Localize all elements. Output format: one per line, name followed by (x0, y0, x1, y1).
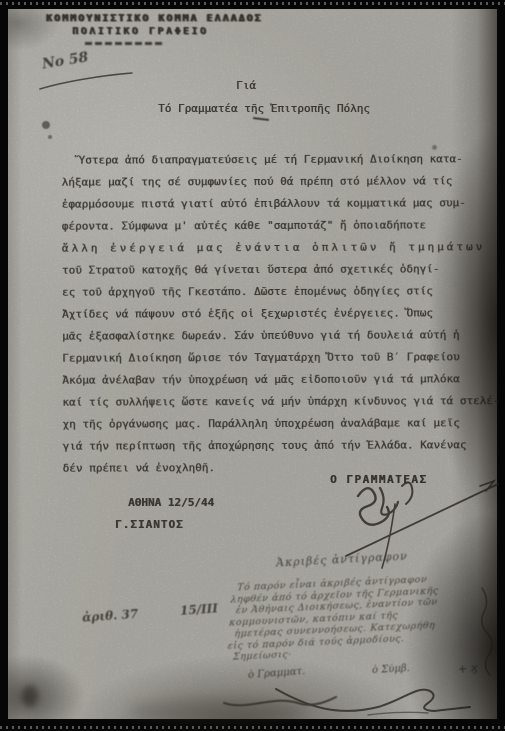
typed-line: Ἀχτίδες νά πάψουν στό ἑξῆς οἱ ξεχωριστές… (62, 302, 490, 325)
filing-number: ἀριθ. 37 (82, 607, 139, 625)
letterhead-org: ΚΟΜΜΟΥΝΙΣΤΙΚΟ ΚΟΜΜΑ ΕΛΛΑΔΟΣ (46, 13, 263, 24)
typed-line: φέροντα. Σύμφωνα μ' αὐτές κάθε "σαμποτάζ… (62, 214, 490, 237)
document-page: ΚΟΜΜΟΥΝΙΣΤΙΚΟ ΚΟΜΜΑ ΕΛΛΑΔΟΣ ΠΟΛΙΤΙΚΟ ΓΡΑ… (8, 9, 497, 719)
filing-date: 15/ΙΙΙ (180, 601, 219, 618)
typed-line: καί τίς συλλήψεις ὥστε κανείς νά μήν ὑπά… (62, 390, 490, 413)
addressee-line2: Τό Γραμματέα τῆς Ἐπιτροπῆς Πόλης (158, 102, 370, 115)
bottom-signature-mark: + ϗ (457, 661, 478, 676)
stain-blob (128, 699, 308, 725)
typed-line: ἐφαρμόσουμε πιστά γιατί αὐτό ἐπιβάλλουν … (62, 192, 490, 215)
typed-line: λήξαμε μαζί της σέ συμφωνίες πού θά πρέπ… (62, 170, 490, 193)
bottom-signature-left-label: ὁ Γραμματ. (248, 666, 306, 681)
typed-line: Γερμανική Διοίκηση ὥρισε τόν Ταγματάρχη … (62, 346, 490, 369)
typed-line: μᾶς ἐξασφαλίστηκε δωρεάν. Σάν ὑπεύθυνο γ… (62, 324, 490, 347)
stain-blob (22, 685, 38, 707)
typed-line: ἄλλη ἐνέργειά μας ἐνάντια ὁπλιτῶν ἤ τμημ… (62, 236, 490, 259)
typed-line: ες τοῦ ἀρχηγοῦ τῆς Γκεστάπο. Δῶστε ἑπομέ… (62, 280, 490, 303)
closing-title: Ο ΓΡΑΜΜΑΤΕΑΣ (330, 473, 427, 486)
bottom-signature-right-label: ὁ Σύμβ. (372, 663, 410, 676)
signatory-name: Γ.ΣΙΑΝΤΟΣ (115, 518, 184, 531)
handwritten-ref-number: Νο 58 (41, 49, 89, 72)
typed-line: τοῦ Στρατοῦ κατοχῆς θά γίνεται ὕστερα ἀπ… (62, 258, 490, 281)
certification-note: Ἀκριβές ἀντίγραφον (276, 550, 408, 570)
scan-edge-artifact-top (0, 2, 505, 5)
letterhead-office: ΠΟΛΙΤΙΚΟ ΓΡΑΦΕΙΟ (72, 26, 208, 37)
scan-canvas: { "scan": { "header": { "org": "ΚΟΜΜΟΥΝΙ… (0, 0, 505, 731)
filing-reference: ἀριθ. 3715/ΙΙΙ (82, 601, 219, 624)
ink-speck (48, 135, 52, 139)
ink-speck (432, 145, 437, 150)
addressee-line1: Γιά (236, 79, 256, 92)
handwritten-note: Τό παρόν εἶναι ἀκριβές ἀντίγραφονληφθέν … (233, 571, 488, 663)
typed-line: γιά τήν περίπτωση τῆς ἀποχώρησης τους ἀπ… (62, 434, 490, 457)
typed-line: Ἀκόμα ἀνέλαβαν τήν ὑποχρέωση νά μᾶς εἰδο… (62, 368, 490, 391)
letter-body: Ὕστερα ἀπό διαπραγματεύσεις μέ τή Γερμαν… (61, 148, 490, 479)
addressee-underline-mark (253, 117, 269, 121)
scan-edge-artifact-bottom (0, 726, 505, 729)
typed-line: Ὕστερα ἀπό διαπραγματεύσεις μέ τή Γερμαν… (61, 148, 489, 171)
ref-number-underline-stroke (36, 71, 136, 93)
ink-speck (42, 121, 50, 129)
scan-black-frame: ΚΟΜΜΟΥΝΙΣΤΙΚΟ ΚΟΜΜΑ ΕΛΛΑΔΟΣ ΠΟΛΙΤΙΚΟ ΓΡΑ… (0, 0, 505, 731)
letterhead-underline (85, 42, 165, 45)
place-date: ΑΘΗΝΑ 12/5/44 (128, 496, 214, 509)
typed-line: χη τῆς ὀργάνωσης μας. Παράλληλη ὑποχρέωσ… (62, 412, 490, 435)
